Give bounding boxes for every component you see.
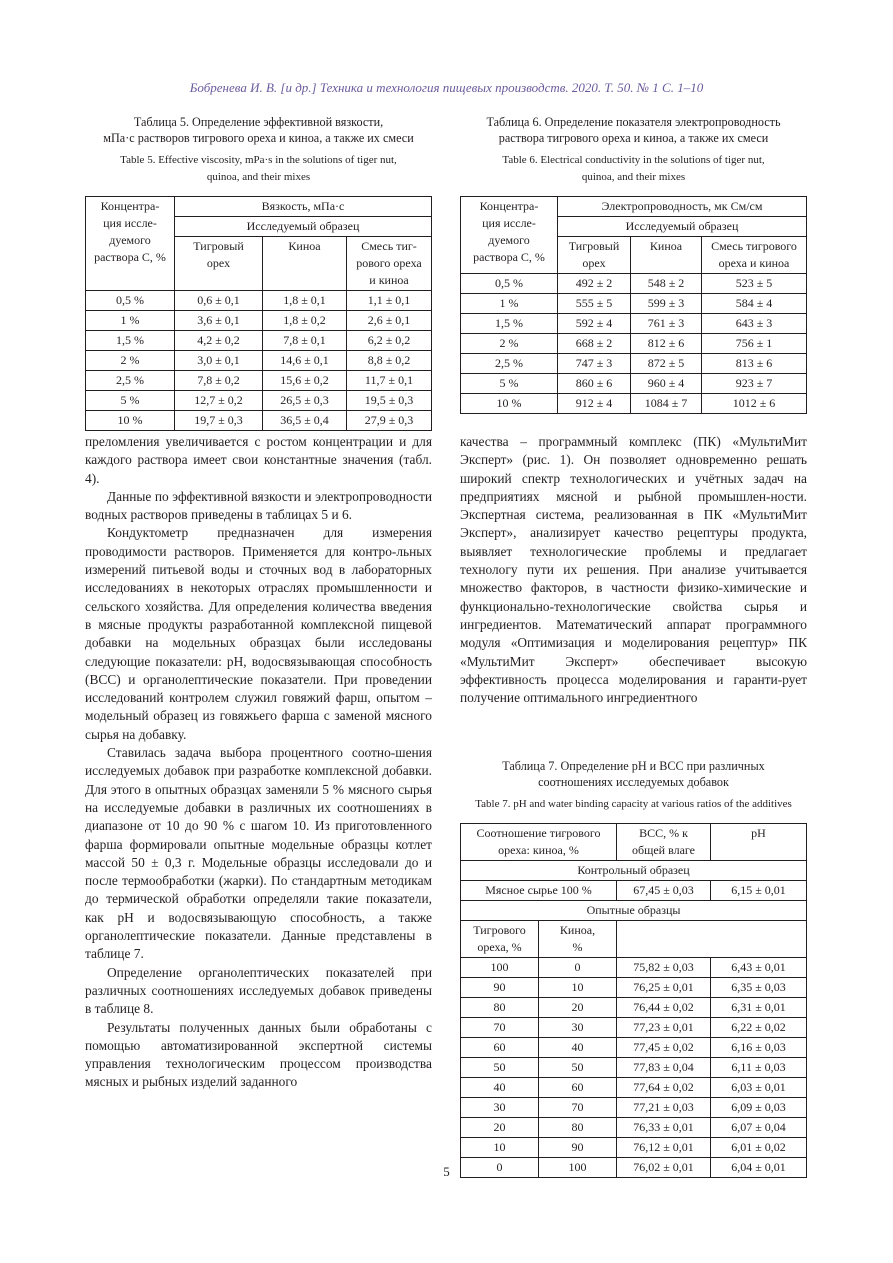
table-cell: 70: [461, 1018, 539, 1038]
table-row: 5 %860 ± 6960 ± 4923 ± 7: [461, 374, 807, 394]
column-header: Киноа: [631, 237, 702, 274]
column-header: Тигровыйорех: [175, 237, 263, 291]
table-cell: 90: [461, 978, 539, 998]
table-cell: 813 ± 6: [702, 354, 807, 374]
table-cell: 1,8 ± 0,1: [263, 291, 347, 311]
table-cell: 70: [539, 1098, 617, 1118]
table-cell: 2,5 %: [86, 371, 175, 391]
table-cell: 872 ± 5: [631, 354, 702, 374]
table-cell: 0,5 %: [86, 291, 175, 311]
table-row: 0,5 %492 ± 2548 ± 2523 ± 5: [461, 274, 807, 294]
page-number: 5: [0, 1164, 893, 1180]
caption-line: Таблица 6. Определение показателя электр…: [460, 114, 807, 130]
table-cell: 2,5 %: [461, 354, 558, 374]
table-cell: 860 ± 6: [558, 374, 631, 394]
table6: Концентра-ция иссле-дуемогораствора С, %…: [460, 196, 807, 414]
table-cell: 19,5 ± 0,3: [347, 391, 432, 411]
table-row: 2,5 %7,8 ± 0,215,6 ± 0,211,7 ± 0,1: [86, 371, 432, 391]
table-cell: 36,5 ± 0,4: [263, 411, 347, 431]
sub-header-tiger: Тигровогоореха, %: [461, 921, 539, 958]
table-cell: 20: [539, 998, 617, 1018]
table-cell: 75,82 ± 0,03: [617, 958, 711, 978]
section-row: Контрольный образец: [461, 861, 807, 881]
header-row: Концентра-ция иссле-дуемогораствора С, %…: [461, 197, 807, 217]
table-cell: 960 ± 4: [631, 374, 702, 394]
table-row: 0,5 %0,6 ± 0,11,8 ± 0,11,1 ± 0,1: [86, 291, 432, 311]
header-ph: pH: [711, 824, 807, 861]
header-group: Вязкость, мПа·с: [175, 197, 432, 217]
table-cell: Мясное сырье 100 %: [461, 881, 617, 901]
table-cell: 19,7 ± 0,3: [175, 411, 263, 431]
table-cell: 6,03 ± 0,01: [711, 1078, 807, 1098]
table-cell: 6,43 ± 0,01: [711, 958, 807, 978]
table-cell: 555 ± 5: [558, 294, 631, 314]
table-cell: 4,2 ± 0,2: [175, 331, 263, 351]
table-cell: 60: [539, 1078, 617, 1098]
table-cell: 548 ± 2: [631, 274, 702, 294]
table-cell: 76,33 ± 0,01: [617, 1118, 711, 1138]
table-cell: 80: [539, 1118, 617, 1138]
table-cell: 30: [539, 1018, 617, 1038]
table-cell: 6,15 ± 0,01: [711, 881, 807, 901]
table-cell: 67,45 ± 0,03: [617, 881, 711, 901]
caption-line: Table 6. Electrical conductivity in the …: [460, 152, 807, 169]
table-cell: 14,6 ± 0,1: [263, 351, 347, 371]
table-cell: 11,7 ± 0,1: [347, 371, 432, 391]
table-cell: 5 %: [86, 391, 175, 411]
table-cell: 3,0 ± 0,1: [175, 351, 263, 371]
caption-line: соотношениях исследуемых добавок: [460, 774, 807, 790]
column-header: Тигровыйорех: [558, 237, 631, 274]
table-cell: 30: [461, 1098, 539, 1118]
table-cell: 0: [539, 958, 617, 978]
table-cell: 76,44 ± 0,02: [617, 998, 711, 1018]
caption-line: quinoa, and their mixes: [85, 169, 432, 186]
table7-caption-ru: Таблица 7. Определение pH и ВСС при разл…: [460, 758, 807, 790]
column-header: Смесь тиг-рового орехаи киноа: [347, 237, 432, 291]
table-cell: 912 ± 4: [558, 394, 631, 414]
table-cell: 584 ± 4: [702, 294, 807, 314]
table-row: 2 %3,0 ± 0,114,6 ± 0,18,8 ± 0,2: [86, 351, 432, 371]
table-row: 1,5 %592 ± 4761 ± 3643 ± 3: [461, 314, 807, 334]
header-row: Соотношение тигровогоореха: киноа, %ВСС,…: [461, 824, 807, 861]
table-row: 1 %555 ± 5599 ± 3584 ± 4: [461, 294, 807, 314]
table-cell: 20: [461, 1118, 539, 1138]
table-row: Мясное сырье 100 %67,45 ± 0,036,15 ± 0,0…: [461, 881, 807, 901]
table-cell: 10 %: [86, 411, 175, 431]
paragraph: Кондуктометр предназначен для измерения …: [85, 524, 432, 744]
table5-caption-ru: Таблица 5. Определение эффективной вязко…: [85, 114, 432, 146]
running-head: Бобренева И. В. [и др.] Техника и технол…: [0, 80, 893, 96]
table-cell: 76,25 ± 0,01: [617, 978, 711, 998]
control-label: Контрольный образец: [461, 861, 807, 881]
table-cell: 77,21 ± 0,03: [617, 1098, 711, 1118]
table-cell: 6,01 ± 0,02: [711, 1138, 807, 1158]
table-cell: 6,35 ± 0,03: [711, 978, 807, 998]
table5-block: Таблица 5. Определение эффективной вязко…: [85, 114, 432, 431]
table-cell: 599 ± 3: [631, 294, 702, 314]
table-row: 10 %912 ± 41084 ± 71012 ± 6: [461, 394, 807, 414]
column-header: Смесь тигровогоореха и киноа: [702, 237, 807, 274]
empty-cell: [617, 921, 807, 958]
table-row: 2 %668 ± 2812 ± 6756 ± 1: [461, 334, 807, 354]
table-cell: 3,6 ± 0,1: [175, 311, 263, 331]
table-row: 109076,12 ± 0,016,01 ± 0,02: [461, 1138, 807, 1158]
table-row: 2,5 %747 ± 3872 ± 5813 ± 6: [461, 354, 807, 374]
table-cell: 1012 ± 6: [702, 394, 807, 414]
table7-block: Таблица 7. Определение pH и ВСС при разл…: [460, 758, 807, 1178]
header-row: Концентра-ция иссле-дуемогораствора С, %…: [86, 197, 432, 217]
caption-line: мПа·с растворов тигрового ореха и киноа,…: [85, 130, 432, 146]
table-cell: 643 ± 3: [702, 314, 807, 334]
table-cell: 40: [539, 1038, 617, 1058]
table-cell: 77,23 ± 0,01: [617, 1018, 711, 1038]
table-row: 901076,25 ± 0,016,35 ± 0,03: [461, 978, 807, 998]
table-cell: 812 ± 6: [631, 334, 702, 354]
table-cell: 50: [539, 1058, 617, 1078]
table5-caption-en: Table 5. Effective viscosity, mPa·s in t…: [85, 152, 432, 186]
table7: Соотношение тигровогоореха: киноа, %ВСС,…: [460, 823, 807, 1178]
table-cell: 1 %: [461, 294, 558, 314]
table-cell: 6,07 ± 0,04: [711, 1118, 807, 1138]
table-cell: 668 ± 2: [558, 334, 631, 354]
table-cell: 1 %: [86, 311, 175, 331]
experimental-label: Опытные образцы: [461, 901, 807, 921]
paragraph: Данные по эффективной вязкости и электро…: [85, 488, 432, 525]
header-group: Электропроводность, мк См/см: [558, 197, 807, 217]
table-cell: 27,9 ± 0,3: [347, 411, 432, 431]
paragraph: Результаты полученных данных были обрабо…: [85, 1019, 432, 1092]
table-cell: 10: [539, 978, 617, 998]
table-cell: 6,11 ± 0,03: [711, 1058, 807, 1078]
table-row: 604077,45 ± 0,026,16 ± 0,03: [461, 1038, 807, 1058]
paragraph: Определение органолептических показателе…: [85, 964, 432, 1019]
table-cell: 10: [461, 1138, 539, 1158]
table-cell: 592 ± 4: [558, 314, 631, 334]
table-cell: 1,1 ± 0,1: [347, 291, 432, 311]
table-cell: 8,8 ± 0,2: [347, 351, 432, 371]
sub-header-quinoa: Киноа,%: [539, 921, 617, 958]
table-cell: 40: [461, 1078, 539, 1098]
table-cell: 90: [539, 1138, 617, 1158]
table-cell: 2 %: [86, 351, 175, 371]
header-subgroup: Исследуемый образец: [558, 217, 807, 237]
table-cell: 1084 ± 7: [631, 394, 702, 414]
paragraph: преломления увеличивается с ростом конце…: [85, 433, 432, 488]
header-concentration: Концентра-ция иссле-дуемогораствора С, %: [461, 197, 558, 274]
table-row: 100075,82 ± 0,036,43 ± 0,01: [461, 958, 807, 978]
table-cell: 77,83 ± 0,04: [617, 1058, 711, 1078]
table-cell: 756 ± 1: [702, 334, 807, 354]
table-cell: 77,64 ± 0,02: [617, 1078, 711, 1098]
table-cell: 2,6 ± 0,1: [347, 311, 432, 331]
header-ratio: Соотношение тигровогоореха: киноа, %: [461, 824, 617, 861]
table6-caption-en: Table 6. Electrical conductivity in the …: [460, 152, 807, 186]
caption-line: Table 5. Effective viscosity, mPa·s in t…: [85, 152, 432, 169]
table-cell: 77,45 ± 0,02: [617, 1038, 711, 1058]
table-cell: 523 ± 5: [702, 274, 807, 294]
header-subgroup: Исследуемый образец: [175, 217, 432, 237]
table-cell: 50: [461, 1058, 539, 1078]
table-cell: 923 ± 7: [702, 374, 807, 394]
table-cell: 6,22 ± 0,02: [711, 1018, 807, 1038]
caption-line: Таблица 5. Определение эффективной вязко…: [85, 114, 432, 130]
table-row: 1,5 %4,2 ± 0,27,8 ± 0,16,2 ± 0,2: [86, 331, 432, 351]
table-cell: 100: [461, 958, 539, 978]
left-column-text: преломления увеличивается с ростом конце…: [85, 433, 432, 1092]
table-row: 208076,33 ± 0,016,07 ± 0,04: [461, 1118, 807, 1138]
table5: Концентра-ция иссле-дуемогораствора С, %…: [85, 196, 432, 431]
table-row: 802076,44 ± 0,026,31 ± 0,01: [461, 998, 807, 1018]
table-cell: 2 %: [461, 334, 558, 354]
table7-caption-en: Table 7. pH and water binding capacity a…: [460, 796, 807, 813]
column-header: Киноа: [263, 237, 347, 291]
table-row: 307077,21 ± 0,036,09 ± 0,03: [461, 1098, 807, 1118]
table-row: 406077,64 ± 0,026,03 ± 0,01: [461, 1078, 807, 1098]
table-cell: 15,6 ± 0,2: [263, 371, 347, 391]
section-row: Опытные образцы: [461, 901, 807, 921]
table-cell: 0,6 ± 0,1: [175, 291, 263, 311]
table-row: 5 %12,7 ± 0,226,5 ± 0,319,5 ± 0,3: [86, 391, 432, 411]
table-cell: 26,5 ± 0,3: [263, 391, 347, 411]
table-cell: 1,8 ± 0,2: [263, 311, 347, 331]
table-cell: 60: [461, 1038, 539, 1058]
paragraph: качества – программный комплекс (ПК) «Му…: [460, 433, 807, 707]
header-row: Тигровогоореха, %Киноа,%: [461, 921, 807, 958]
table-row: 505077,83 ± 0,046,11 ± 0,03: [461, 1058, 807, 1078]
caption-line: Таблица 7. Определение pH и ВСС при разл…: [460, 758, 807, 774]
header-vss: ВСС, % кобщей влаге: [617, 824, 711, 861]
table-cell: 747 ± 3: [558, 354, 631, 374]
table-cell: 6,16 ± 0,03: [711, 1038, 807, 1058]
table-row: 10 %19,7 ± 0,336,5 ± 0,427,9 ± 0,3: [86, 411, 432, 431]
table-cell: 1,5 %: [461, 314, 558, 334]
table-cell: 1,5 %: [86, 331, 175, 351]
table-cell: 76,12 ± 0,01: [617, 1138, 711, 1158]
table6-caption-ru: Таблица 6. Определение показателя электр…: [460, 114, 807, 146]
table-cell: 6,31 ± 0,01: [711, 998, 807, 1018]
table-cell: 6,2 ± 0,2: [347, 331, 432, 351]
right-column-text: качества – программный комплекс (ПК) «Му…: [460, 433, 807, 707]
table-cell: 7,8 ± 0,1: [263, 331, 347, 351]
table-cell: 10 %: [461, 394, 558, 414]
header-concentration: Концентра-ция иссле-дуемогораствора С, %: [86, 197, 175, 291]
caption-line: Table 7. pH and water binding capacity a…: [460, 796, 807, 813]
table6-block: Таблица 6. Определение показателя электр…: [460, 114, 807, 414]
paragraph: Ставилась задача выбора процентного соот…: [85, 744, 432, 964]
table-cell: 5 %: [461, 374, 558, 394]
table-cell: 492 ± 2: [558, 274, 631, 294]
table-row: 703077,23 ± 0,016,22 ± 0,02: [461, 1018, 807, 1038]
table-cell: 0,5 %: [461, 274, 558, 294]
caption-line: quinoa, and their mixes: [460, 169, 807, 186]
table-cell: 12,7 ± 0,2: [175, 391, 263, 411]
table-cell: 6,09 ± 0,03: [711, 1098, 807, 1118]
table-cell: 761 ± 3: [631, 314, 702, 334]
table-cell: 80: [461, 998, 539, 1018]
table-row: 1 %3,6 ± 0,11,8 ± 0,22,6 ± 0,1: [86, 311, 432, 331]
caption-line: раствора тигрового ореха и киноа, а такж…: [460, 130, 807, 146]
table-cell: 7,8 ± 0,2: [175, 371, 263, 391]
